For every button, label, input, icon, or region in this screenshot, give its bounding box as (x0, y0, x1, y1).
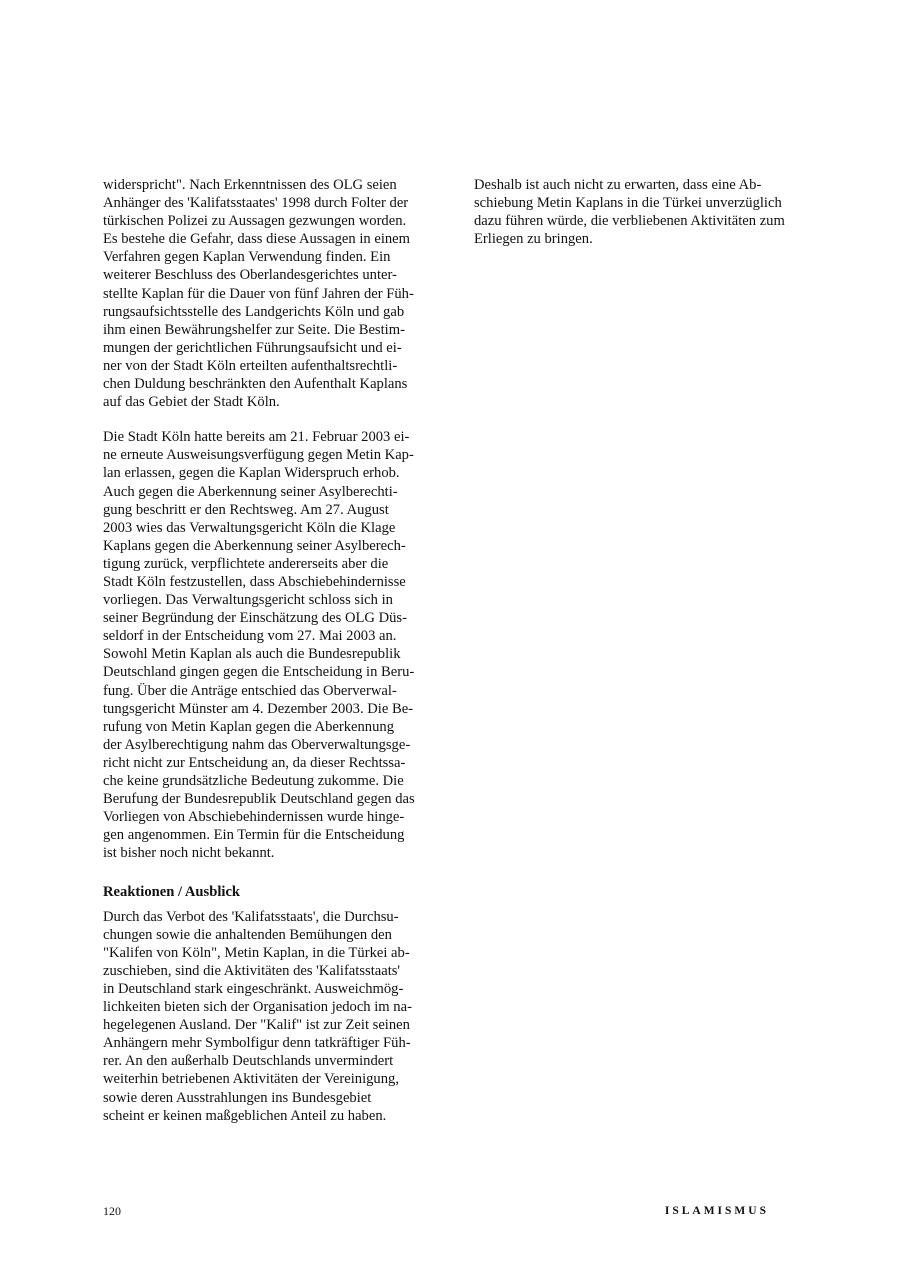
text-line: che keine grundsätzliche Bedeutung zukom… (103, 772, 433, 790)
page-number: 120 (103, 1204, 121, 1219)
text-line: lan erlassen, gegen die Kaplan Widerspru… (103, 464, 433, 482)
text-line: rungsaufsichtsstelle des Landgerichts Kö… (103, 303, 433, 321)
text-line: hegelegenen Ausland. Der "Kalif" ist zur… (103, 1016, 433, 1034)
text-line: der Asylberechtigung nahm das Oberverwal… (103, 736, 433, 754)
paragraph-deshalb: Deshalb ist auch nicht zu erwarten, dass… (474, 176, 809, 248)
text-line: tigung zurück, verpflichtete andererseit… (103, 555, 433, 573)
text-line: stellte Kaplan für die Dauer von fünf Ja… (103, 285, 433, 303)
text-line: in Deutschland stark eingeschränkt. Ausw… (103, 980, 433, 998)
text-line: Deshalb ist auch nicht zu erwarten, dass… (474, 176, 809, 194)
text-line: Sowohl Metin Kaplan als auch die Bundesr… (103, 645, 433, 663)
running-head: ISLAMISMUS (665, 1205, 769, 1217)
text-line: auf das Gebiet der Stadt Köln. (103, 393, 433, 411)
text-line: Kaplans gegen die Aberkennung seiner Asy… (103, 537, 433, 555)
text-line: rer. An den außerhalb Deutschlands unver… (103, 1052, 433, 1070)
text-line: Auch gegen die Aberkennung seiner Asylbe… (103, 483, 433, 501)
text-line: ist bisher noch nicht bekannt. (103, 844, 433, 862)
text-line: weiterer Beschluss des Oberlandesgericht… (103, 266, 433, 284)
left-column: widerspricht". Nach Erkenntnissen des OL… (103, 176, 433, 1142)
text-line: Deutschland gingen gegen die Entscheidun… (103, 663, 433, 681)
paragraph-reaktionen: Durch das Verbot des 'Kalifatsstaats', d… (103, 908, 433, 1125)
text-line: Stadt Köln festzustellen, dass Abschiebe… (103, 573, 433, 591)
text-line: tungsgericht Münster am 4. Dezember 2003… (103, 700, 433, 718)
text-line: fung. Über die Anträge entschied das Obe… (103, 682, 433, 700)
text-line: seldorf in der Entscheidung vom 27. Mai … (103, 627, 433, 645)
text-line: Anhänger des 'Kalifatsstaates' 1998 durc… (103, 194, 433, 212)
text-line: Erliegen zu bringen. (474, 230, 809, 248)
section-heading: Reaktionen / Ausblick (103, 883, 433, 901)
text-line: zuschieben, sind die Aktivitäten des 'Ka… (103, 962, 433, 980)
text-line: Die Stadt Köln hatte bereits am 21. Febr… (103, 428, 433, 446)
text-line: "Kalifen von Köln", Metin Kaplan, in die… (103, 944, 433, 962)
text-line: mungen der gerichtlichen Führungsaufsich… (103, 339, 433, 357)
text-line: 2003 wies das Verwaltungsgericht Köln di… (103, 519, 433, 537)
text-line: sowie deren Ausstrahlungen ins Bundesgeb… (103, 1089, 433, 1107)
text-line: Vorliegen von Abschiebehindernissen wurd… (103, 808, 433, 826)
text-line: gen angenommen. Ein Termin für die Entsc… (103, 826, 433, 844)
text-line: seiner Begründung der Einschätzung des O… (103, 609, 433, 627)
text-line: rufung von Metin Kaplan gegen die Aberke… (103, 718, 433, 736)
text-line: ihm einen Bewährungshelfer zur Seite. Di… (103, 321, 433, 339)
text-line: vorliegen. Das Verwaltungsgericht schlos… (103, 591, 433, 609)
paragraph-kaplan-court: widerspricht". Nach Erkenntnissen des OL… (103, 176, 433, 411)
text-line: widerspricht". Nach Erkenntnissen des OL… (103, 176, 433, 194)
text-line: chen Duldung beschränkten den Aufenthalt… (103, 375, 433, 393)
text-line: Es bestehe die Gefahr, dass diese Aussag… (103, 230, 433, 248)
text-line: weiterhin betriebenen Aktivitäten der Ve… (103, 1070, 433, 1088)
text-line: Durch das Verbot des 'Kalifatsstaats', d… (103, 908, 433, 926)
text-line: dazu führen würde, die verbliebenen Akti… (474, 212, 809, 230)
text-line: ner von der Stadt Köln erteilten aufenth… (103, 357, 433, 375)
text-line: Anhängern mehr Symbolfigur denn tatkräft… (103, 1034, 433, 1052)
text-line: gung beschritt er den Rechtsweg. Am 27. … (103, 501, 433, 519)
paragraph-stadt-koeln: Die Stadt Köln hatte bereits am 21. Febr… (103, 428, 433, 862)
right-column: Deshalb ist auch nicht zu erwarten, dass… (474, 176, 809, 265)
text-line: richt nicht zur Entscheidung an, da dies… (103, 754, 433, 772)
text-line: Berufung der Bundesrepublik Deutschland … (103, 790, 433, 808)
text-line: Verfahren gegen Kaplan Verwendung finden… (103, 248, 433, 266)
text-line: chungen sowie die anhaltenden Bemühungen… (103, 926, 433, 944)
text-line: ne erneute Ausweisungsverfügung gegen Me… (103, 446, 433, 464)
text-line: lichkeiten bieten sich der Organisation … (103, 998, 433, 1016)
text-line: scheint er keinen maßgeblichen Anteil zu… (103, 1107, 433, 1125)
text-line: türkischen Polizei zu Aussagen gezwungen… (103, 212, 433, 230)
text-line: schiebung Metin Kaplans in die Türkei un… (474, 194, 809, 212)
